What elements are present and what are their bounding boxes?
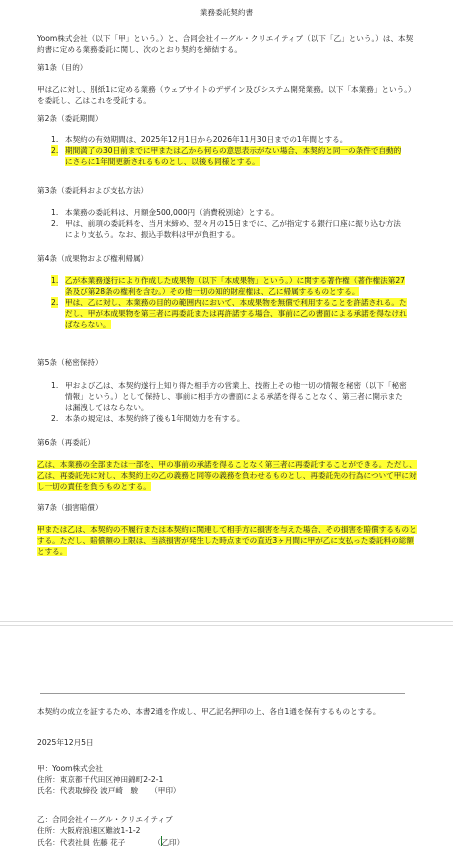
page-break	[0, 621, 453, 626]
article-2-item-2[interactable]: 2. 期間満了の30日前までに甲または乙から何らの意思表示がない場合、本契約と同…	[37, 145, 407, 167]
article-4-heading[interactable]: 第4条（成果物および権利帰属）	[37, 253, 148, 264]
preamble-paragraph[interactable]: Yoom株式会社（以下「甲」という。）と、合同会社イーグル・クリエイティブ（以下…	[37, 33, 417, 55]
article-7-body[interactable]: 甲または乙は、本契約の不履行または本契約に関連して相手方に損害を与えた場合、その…	[37, 524, 417, 557]
horizontal-rule	[40, 693, 405, 694]
document-page-1: 業務委託契約書 Yoom株式会社（以下「甲」という。）と、合同会社イーグル・クリ…	[0, 0, 453, 621]
article-5-item-1[interactable]: 1. 甲および乙は、本契約遂行上知り得た相手方の営業上、技術上その他一切の情報を…	[37, 380, 407, 413]
seal-open-paren: （	[153, 838, 161, 847]
party-b-name-line[interactable]: 氏名：代表社員 佐藤 花子（乙印）	[37, 836, 184, 848]
list-number: 2.	[51, 413, 58, 424]
clause-text: 本契約の有効期間は、2025年12月1日から2026年11月30日までの1年間と…	[65, 135, 347, 144]
list-number: 1.	[51, 275, 58, 286]
article-3-item-2[interactable]: 2. 甲は、前項の委託料を、当月末締め、翌々月の15日までに、乙が指定する銀行口…	[37, 218, 407, 240]
party-b-name: 氏名：代表社員 佐藤 花子	[37, 838, 125, 847]
party-b-signature-block: 乙：合同会社イーグル・クリエイティブ 住所：大阪府浪速区難波1-1-2 氏名：代…	[37, 814, 184, 848]
article-2-item-1[interactable]: 1. 本契約の有効期間は、2025年12月1日から2026年11月30日までの1…	[37, 134, 407, 145]
clause-text: 甲は、前項の委託料を、当月末締め、翌々月の15日までに、乙が指定する銀行口座に振…	[65, 219, 401, 239]
list-number: 2.	[51, 145, 58, 156]
article-6-text-highlighted: 乙は、本業務の全部または一部を、甲の事前の承諾を得ることなく第三者に再委託するこ…	[37, 460, 417, 491]
clause-text: 本業務の委託料は、月額金500,000円（消費税別途）とする。	[65, 208, 279, 217]
clause-text: 甲および乙は、本契約遂行上知り得た相手方の営業上、技術上その他一切の情報を秘密（…	[65, 381, 407, 412]
party-a-label[interactable]: 甲：Yoom株式会社	[37, 763, 181, 774]
party-a-address[interactable]: 住所：東京都千代田区神田錦町2-2-1	[37, 774, 181, 785]
article-4-list: 1. 乙が本業務遂行により作成した成果物（以下「本成果物」という。）に関する著作…	[37, 275, 407, 330]
article-1-body[interactable]: 甲は乙に対し、別紙1に定める業務（ウェブサイトのデザイン及びシステム開発業務。以…	[37, 84, 417, 106]
list-number: 2.	[51, 297, 58, 308]
clause-text-highlighted: 乙が本業務遂行により作成した成果物（以下「本成果物」という。）に関する著作権（著…	[65, 276, 405, 296]
party-a-name-line[interactable]: 氏名：代表取締役 波戸崎 駿（甲印）	[37, 785, 181, 796]
clause-text-highlighted: 甲は、乙に対し、本業務の目的の範囲内において、本成果物を無償で利用することを許諾…	[65, 298, 407, 329]
article-1-heading[interactable]: 第1条（目的）	[37, 62, 87, 73]
article-4-item-1[interactable]: 1. 乙が本業務遂行により作成した成果物（以下「本成果物」という。）に関する著作…	[37, 275, 407, 297]
party-b-seal: （乙印）	[153, 836, 184, 848]
list-number: 1.	[51, 380, 58, 391]
party-b-label[interactable]: 乙：合同会社イーグル・クリエイティブ	[37, 814, 184, 825]
closing-paragraph[interactable]: 本契約の成立を証するため、本書2通を作成し、甲乙記名押印の上、各自1通を保有する…	[37, 706, 417, 717]
party-a-name: 氏名：代表取締役 波戸崎 駿	[37, 786, 138, 795]
article-7-heading[interactable]: 第7条（損害賠償）	[37, 502, 103, 513]
document-title: 業務委託契約書	[0, 7, 453, 18]
article-5-item-2[interactable]: 2. 本条の規定は、本契約終了後も1年間効力を有する。	[37, 413, 407, 424]
article-5-list: 1. 甲および乙は、本契約遂行上知り得た相手方の営業上、技術上その他一切の情報を…	[37, 380, 407, 424]
article-2-list: 1. 本契約の有効期間は、2025年12月1日から2026年11月30日までの1…	[37, 134, 407, 167]
clause-text-highlighted: 期間満了の30日前までに甲または乙から何らの意思表示がない場合、本契約と同一の条…	[65, 146, 401, 166]
seal-text: 乙印）	[161, 838, 184, 847]
article-5-heading[interactable]: 第5条（秘密保持）	[37, 357, 103, 368]
party-a-seal: （甲印）	[150, 785, 180, 796]
list-number: 1.	[51, 207, 58, 218]
article-4-item-2[interactable]: 2. 甲は、乙に対し、本業務の目的の範囲内において、本成果物を無償で利用すること…	[37, 297, 407, 330]
article-2-heading[interactable]: 第2条（委託期間）	[37, 113, 103, 124]
article-3-heading[interactable]: 第3条（委託料および支払方法）	[37, 185, 148, 196]
article-3-item-1[interactable]: 1. 本業務の委託料は、月額金500,000円（消費税別途）とする。	[37, 207, 407, 218]
list-number: 2.	[51, 218, 58, 229]
article-6-heading[interactable]: 第6条（再委託）	[37, 437, 95, 448]
list-number: 1.	[51, 134, 58, 145]
party-a-signature-block: 甲：Yoom株式会社 住所：東京都千代田区神田錦町2-2-1 氏名：代表取締役 …	[37, 763, 181, 796]
clause-text: 本条の規定は、本契約終了後も1年間効力を有する。	[65, 414, 245, 423]
contract-date[interactable]: 2025年12月5日	[37, 737, 94, 748]
party-b-address[interactable]: 住所：大阪府浪速区難波1-1-2	[37, 825, 184, 836]
article-7-text-highlighted: 甲または乙は、本契約の不履行または本契約に関連して相手方に損害を与えた場合、その…	[37, 525, 417, 556]
article-6-body[interactable]: 乙は、本業務の全部または一部を、甲の事前の承諾を得ることなく第三者に再委託するこ…	[37, 459, 417, 492]
article-3-list: 1. 本業務の委託料は、月額金500,000円（消費税別途）とする。 2. 甲は…	[37, 207, 407, 240]
